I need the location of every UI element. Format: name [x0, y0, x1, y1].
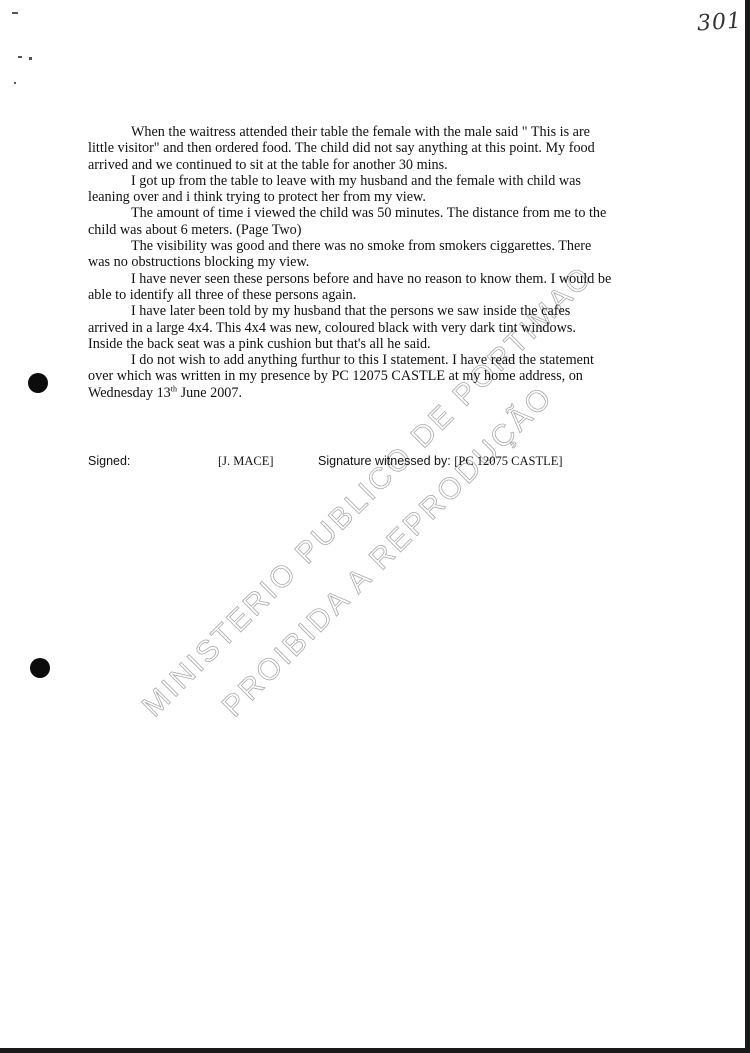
document-page: 301 MINISTERIO PUBLICO DE PORTIMAO PROIB… [0, 0, 745, 1048]
scan-mark [12, 12, 18, 14]
closing-date-text: June 2007. [177, 385, 242, 401]
witness-block: Signature witnessed by: [PC 12075 CASTLE… [318, 454, 563, 469]
scan-mark [18, 56, 22, 58]
paragraph: When the waitress attended their table t… [88, 124, 613, 173]
paragraph: The amount of time i viewed the child wa… [88, 205, 613, 238]
punch-hole-bottom [30, 658, 50, 678]
witness-label: Signature witnessed by: [318, 454, 454, 468]
witness-name: [PC 12075 CASTLE] [454, 454, 562, 468]
scan-mark [14, 82, 16, 84]
statement-body: When the waitress attended their table t… [88, 124, 613, 401]
closing-paragraph: I do not wish to add anything furthur to… [88, 352, 613, 401]
handwritten-page-number: 301 [696, 8, 743, 36]
paragraph: I have never seen these persons before a… [88, 271, 613, 304]
signed-label: Signed: [88, 454, 130, 468]
signature-row: Signed: [J. MACE] Signature witnessed by… [88, 454, 648, 472]
signer-name: [J. MACE] [218, 454, 274, 469]
closing-text: I do not wish to add anything furthur to… [88, 352, 594, 401]
watermark-line-2: PROIBIDA A REPRODUÇÃO [216, 380, 560, 724]
paragraph: I have later been told by my husband tha… [88, 303, 613, 352]
punch-hole-top [28, 373, 48, 393]
paragraph: The visibility was good and there was no… [88, 238, 613, 271]
scan-mark [29, 57, 32, 60]
paragraph: I got up from the table to leave with my… [88, 173, 613, 206]
